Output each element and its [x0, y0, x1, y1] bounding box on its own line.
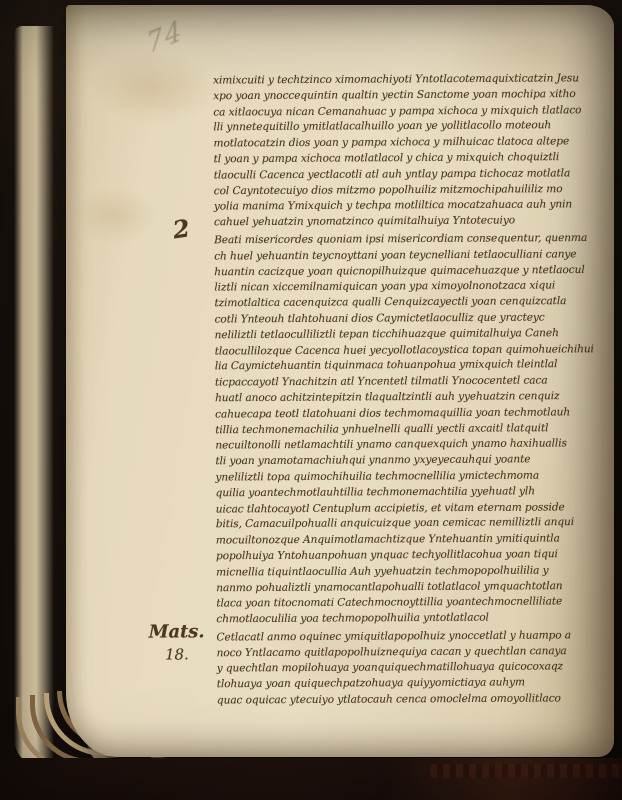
- margin-note: Mats.: [149, 624, 205, 640]
- manuscript-line: y quechtlan mopilohuaya yoanquiquechmati…: [217, 660, 615, 678]
- manuscript-line: liztli nican xiccemilnamiquican yoan ypa…: [214, 278, 612, 296]
- margin-note: 2: [172, 220, 191, 238]
- manuscript-line: mocuiltonozque Anquimotlamachtizque Ynte…: [216, 531, 614, 549]
- manuscript-line: Cetlacatl anmo oquinec ymiquitlapopolhui…: [216, 628, 614, 646]
- manuscript-line: yneliliztli topa quimochihuilia techmocn…: [215, 468, 613, 486]
- manuscript-line: cahuel yehuatzin ynomatzinco quimitalhui…: [214, 213, 612, 231]
- manuscript-line: quac oquicac ytecuiyo ytlatocauh cenca o…: [217, 691, 615, 709]
- manuscript-line: uicac tlahtocayotl Centuplum accipietis,…: [216, 500, 614, 518]
- manuscript-line: ximixcuiti y techtzinco ximomachiyoti Yn…: [213, 71, 611, 89]
- manuscript-line: ticpaccayotl Ynachitzin atl Yncentetl ti…: [215, 373, 613, 391]
- page-edge-highlight: [14, 26, 54, 768]
- manuscript-line: ca xitlaocuya nican Cemanahuac y pampa x…: [213, 103, 611, 121]
- manuscript-paragraph: ximixcuiti y techtzinco ximomachiyoti Yn…: [213, 71, 612, 231]
- manuscript-line: ch huel yehuantin teycnoyttani yoan teyc…: [214, 247, 612, 265]
- manuscript-line: tlaoculli Cacenca yectlacotli atl auh yn…: [214, 166, 612, 184]
- manuscript-paragraph: 2Beati misericordes quoniam ipsi miseric…: [214, 231, 614, 628]
- manuscript-line: cotli Ynteouh tlahtohuani dios Caymictet…: [215, 310, 613, 328]
- manuscript-paragraph: Mats.18.Cetlacatl anmo oquinec ymiquitla…: [216, 628, 614, 709]
- manuscript-line: cahuecapa teotl tlatohuani dios techmoma…: [215, 405, 613, 423]
- manuscript-line: chmotlaoculilia yoa techmopopolhuilia yn…: [216, 610, 614, 628]
- manuscript-photo: 74 ximixcuiti y techtzinco ximomachiyoti…: [0, 0, 622, 800]
- manuscript-line: yolia manima Ymixquich y techpa motlilti…: [214, 197, 612, 215]
- manuscript-line: micnellia tiquintlaocullia Auh yyehuatzi…: [216, 563, 614, 581]
- manuscript-line: tlaocullilozque Cacenca huei yecyollotla…: [215, 342, 613, 360]
- text-block: ximixcuiti y techtzinco ximomachiyoti Yn…: [213, 71, 615, 709]
- book-cover-edge: [0, 758, 622, 800]
- manuscript-line: tlaca yoan titocnomati Catechmocnoyttill…: [216, 594, 614, 612]
- margin-note: 18.: [165, 647, 189, 663]
- manuscript-line: motlatocatzin dios yoan y pampa xichoca …: [213, 134, 611, 152]
- manuscript-line: necuiltonolli netlamachtili ynamo canque…: [215, 436, 613, 454]
